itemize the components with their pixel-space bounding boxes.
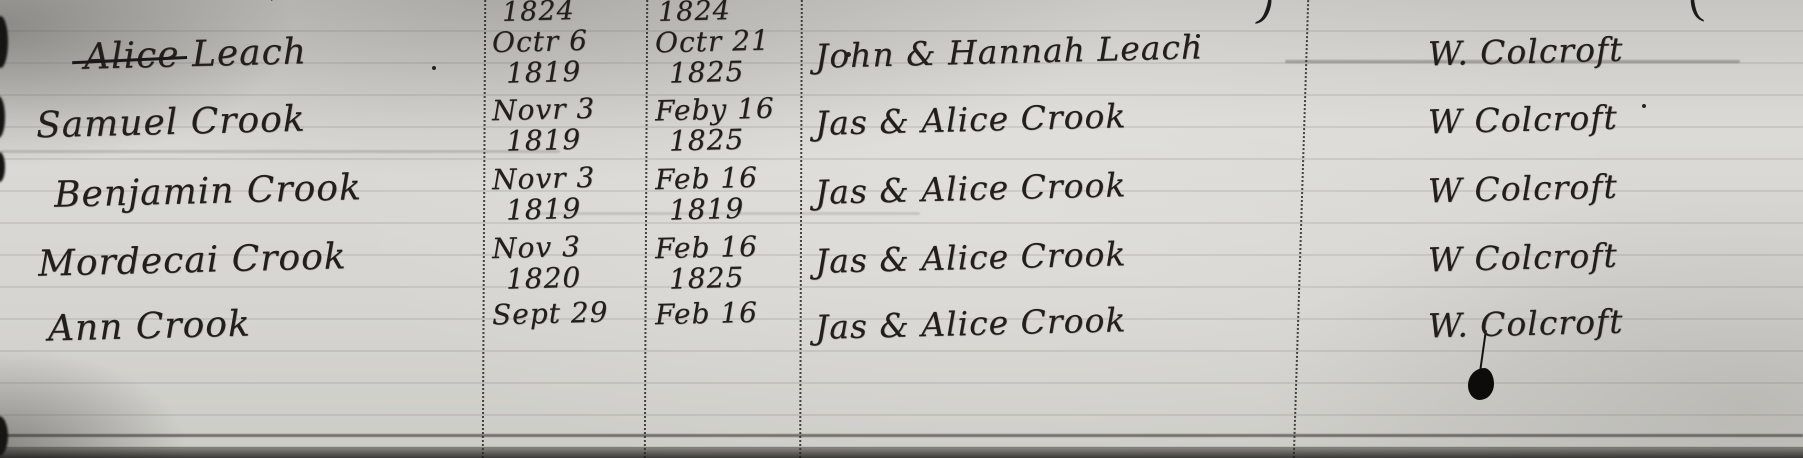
child-name-cell: Ann Crook [22, 306, 493, 347]
parents-cell: Jas & Alice Crook [815, 100, 1295, 139]
stray-pen-stroke: ’ [268, 0, 279, 26]
minister-name: W Colcroft [1428, 167, 1619, 211]
child-name: Alice Leach [84, 31, 308, 77]
child-name-cell: Benjamin Crook [22, 171, 499, 212]
bottom-rule-line [0, 434, 1803, 437]
baptized-day: Octr 21 [655, 27, 770, 57]
baptized-day: Feb 16 [655, 164, 759, 194]
baptized-day: Feb 16 [655, 233, 759, 263]
register-row: Mordecai Crook Nov 3 1820 Feb 16 1825 Ja… [0, 232, 1803, 304]
born-date-cell: Nov 3 1820 [492, 234, 642, 291]
baptized-date-cell: Octr 21 1825 [655, 28, 800, 85]
born-date-cell: Octr 6 1819 [492, 28, 642, 85]
register-row: Benjamin Crook Novr 3 1819 Feb 16 1819 J… [0, 163, 1803, 235]
born-day: Octr 6 [492, 27, 589, 56]
baptized-day: Feby 16 [655, 95, 775, 125]
register-row: Alice Leach Octr 6 1819 Octr 21 1825 Joh… [0, 26, 1803, 98]
parents-cell: Jas & Alice Crook [815, 238, 1295, 277]
minister-name: W Colcroft [1428, 236, 1619, 280]
register-row: Ann Crook Sept 29 Feb 16 Jas & Alice Cro… [0, 298, 1803, 370]
parents-cell: Jas & Alice Crook [815, 169, 1295, 208]
baptized-date-cell: Feb 16 [655, 300, 800, 330]
parents-names: Jas & Alice Crook [815, 165, 1127, 212]
born-date-cell: Sept 29 [492, 300, 642, 330]
born-day: Nov 3 [492, 233, 582, 262]
child-name: Ann Crook [48, 304, 252, 350]
baptized-year: 1825 [669, 56, 801, 86]
born-year: 1819 [506, 124, 643, 154]
child-name-cell: Samuel Crook [22, 102, 481, 143]
born-date-cell: Novr 3 1819 [492, 165, 642, 222]
stray-pen-stroke: ( [1684, 0, 1708, 27]
born-year: 1819 [506, 193, 643, 223]
baptized-date-cell: Feb 16 1825 [655, 234, 800, 291]
parents-cell: John & Hannah Leach [815, 32, 1295, 71]
parents-names: John & Hannah Leach [815, 27, 1204, 75]
born-day: Sept 29 [492, 299, 609, 329]
ink-blot [1468, 368, 1494, 400]
born-year: 1820 [506, 262, 643, 292]
baptized-year: 1825 [669, 262, 801, 292]
child-name: Mordecai Crook [38, 236, 348, 285]
child-name: Samuel Crook [36, 99, 307, 147]
parents-names: Jas & Alice Crook [815, 234, 1127, 281]
baptized-day: Feb 16 [655, 299, 759, 329]
minister-name: W. Colcroft [1428, 30, 1624, 74]
minister-name: W Colcroft [1428, 98, 1619, 142]
minister-cell: W. Colcroft [1428, 32, 1798, 71]
born-day: Novr 3 [492, 95, 596, 125]
minister-name: W. Colcroft [1428, 302, 1624, 346]
child-name-cell: Alice Leach [22, 34, 529, 75]
born-date-cell: Novr 3 1819 [492, 96, 642, 153]
carryover-baptized-year: 1824 [658, 0, 731, 28]
parents-cell: Jas & Alice Crook [815, 304, 1295, 343]
child-name-cell: Mordecai Crook [22, 240, 483, 281]
born-day: Novr 3 [492, 164, 596, 194]
page-bottom-edge-shadow [0, 447, 1803, 458]
parents-names: Jas & Alice Crook [815, 300, 1127, 347]
register-row: Samuel Crook Novr 3 1819 Feby 16 1825 Ja… [0, 94, 1803, 166]
born-year: 1819 [506, 56, 643, 86]
minister-cell: W Colcroft [1428, 169, 1798, 208]
register-page-scan: ’ ) ( 1824 1824 Alice Leach Octr 6 1819 … [0, 0, 1803, 458]
baptized-date-cell: Feb 16 1819 [655, 165, 800, 222]
child-name: Benjamin Crook [54, 167, 363, 216]
baptized-date-cell: Feby 16 1825 [655, 96, 800, 153]
parents-names: Jas & Alice Crook [815, 96, 1127, 143]
minister-cell: W. Colcroft [1428, 304, 1798, 343]
minister-cell: W Colcroft [1428, 100, 1798, 139]
baptized-year: 1819 [669, 193, 801, 223]
baptized-year: 1825 [669, 124, 801, 154]
minister-cell: W Colcroft [1428, 238, 1798, 277]
